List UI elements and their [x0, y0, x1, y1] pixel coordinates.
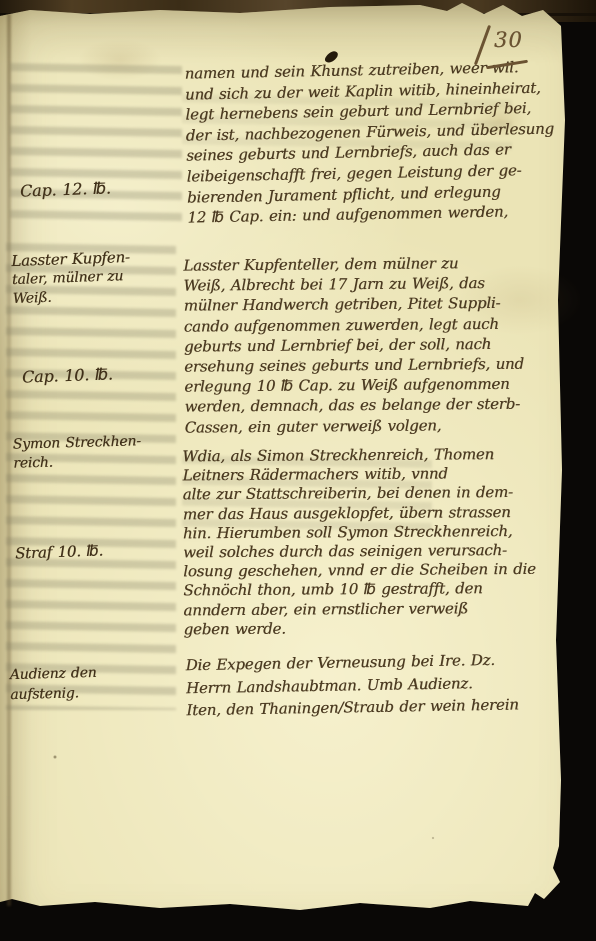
margin-note-straf: Straf 10. ℔.: [15, 541, 104, 562]
text-line: weil solches durch das seinigen verursac…: [183, 541, 563, 563]
text-line: mer das Haus ausgeklopfet, übern strasse…: [183, 502, 563, 524]
margin-note-line: Straf 10. ℔.: [15, 541, 104, 562]
margin-note-symon: Symon Streckhen- reich.: [13, 432, 142, 473]
text-line: losung geschehen, vnnd er die Scheiben i…: [183, 560, 563, 582]
text-line: anndern aber, ein ernstlicher verweiß: [183, 598, 563, 620]
body-paragraph-2: Lasster Kupfenteller, dem mülner zu Weiß…: [183, 252, 563, 437]
margin-note-line: reich.: [13, 451, 142, 473]
text-line: geben werde.: [184, 617, 564, 639]
margin-note-audienz: Audienz den aufstenig.: [9, 663, 97, 705]
margin-note-cap12: Cap. 12. ℔.: [20, 178, 111, 200]
text-line: werden, demnach, das es belange der ster…: [184, 394, 562, 418]
text-line: Wdia, als Simon Streckhenreich, Thomen: [182, 445, 562, 467]
margin-note-line: aufstenig.: [10, 683, 97, 705]
body-paragraph-1: namen und sein Khunst zutreiben, weer wi…: [184, 56, 565, 228]
margin-note-lasster: Lasster Kupfen- taler, mülner zu Weiß.: [11, 248, 131, 309]
text-line: Leitners Rädermachers witib, vnnd: [182, 464, 562, 486]
folio-number: 30: [494, 28, 523, 52]
body-paragraph-3: Wdia, als Simon Streckhenreich, Thomen L…: [182, 445, 563, 640]
margin-note-line: Audienz den: [9, 663, 96, 685]
text-line: Cassen, ein guter verweiß volgen,: [185, 414, 563, 438]
margin-note-line: Cap. 10. ℔.: [22, 364, 113, 386]
body-paragraph-4: Die Expegen der Verneusung bei Ire. Dz. …: [185, 648, 564, 722]
text-line: alte zur Stattschreiberin, bei denen in …: [183, 483, 563, 505]
margin-note-line: Symon Streckhen-: [13, 432, 142, 454]
ink-showthrough: [10, 58, 182, 226]
margin-note-line: Cap. 12. ℔.: [20, 178, 111, 200]
manuscript-scan: 30 Cap. 12. ℔. Lasster Kupfen- taler, mü…: [0, 0, 596, 941]
text-line: hin. Hierumben soll Symon Streckhenreich…: [183, 521, 563, 543]
margin-note-cap10: Cap. 10. ℔.: [22, 364, 113, 386]
ink-showthrough: [6, 238, 176, 710]
text-line: Schnöchl thon, umb 10 ℔ gestrafft, den: [183, 579, 563, 601]
